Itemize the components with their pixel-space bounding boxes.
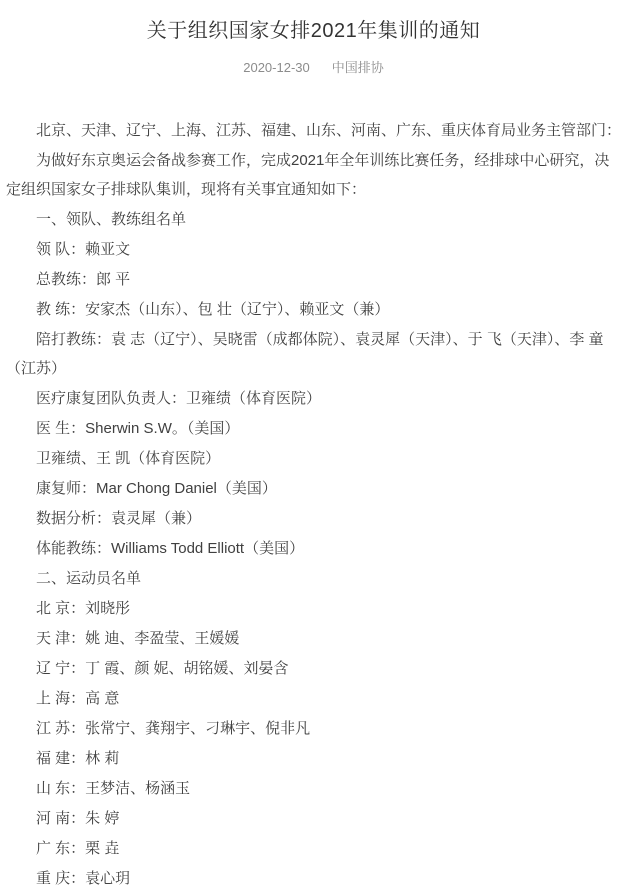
meta-line: 2020-12-30中国排协 xyxy=(6,60,621,76)
page-title: 关于组织国家女排2021年集训的通知 xyxy=(6,16,621,46)
article-paragraph: 体能教练：Williams Todd Elliott（美国） xyxy=(6,534,621,563)
article-paragraph: 山 东：王梦洁、杨涵玉 xyxy=(6,774,621,803)
article-paragraph: 福 建：林 莉 xyxy=(6,744,621,773)
publisher-source: 中国排协 xyxy=(332,60,384,75)
article-paragraph: 重 庆：袁心玥 xyxy=(6,864,621,893)
article-paragraph: 北 京：刘晓彤 xyxy=(6,594,621,623)
article-paragraph: 二、运动员名单 xyxy=(6,564,621,593)
article-paragraph: 领 队：赖亚文 xyxy=(6,235,621,264)
article-paragraph: 陪打教练：袁 志（辽宁）、吴晓雷（成都体院）、袁灵犀（天津）、于 飞（天津）、李… xyxy=(6,325,621,383)
article-paragraph: 一、领队、教练组名单 xyxy=(6,205,621,234)
article-paragraph: 上 海：高 意 xyxy=(6,684,621,713)
article-paragraph: 江 苏：张常宁、龚翔宇、刁琳宇、倪非凡 xyxy=(6,714,621,743)
article-paragraph: 卫雍绩、王 凯（体育医院） xyxy=(6,444,621,473)
article-paragraph: 广 东：栗 垚 xyxy=(6,834,621,863)
article-paragraph: 康复师：Mar Chong Daniel（美国） xyxy=(6,474,621,503)
article-paragraph: 医疗康复团队负责人：卫雍绩（体育医院） xyxy=(6,384,621,413)
article-paragraph: 总教练：郎 平 xyxy=(6,265,621,294)
article-paragraph: 数据分析：袁灵犀（兼） xyxy=(6,504,621,533)
publish-date: 2020-12-30 xyxy=(243,60,310,75)
notice-page: 关于组织国家女排2021年集训的通知 2020-12-30中国排协 北京、天津、… xyxy=(0,16,627,893)
article-paragraph: 天 津：姚 迪、李盈莹、王媛媛 xyxy=(6,624,621,653)
article-paragraph: 北京、天津、辽宁、上海、江苏、福建、山东、河南、广东、重庆体育局业务主管部门： xyxy=(6,116,621,145)
article-body: 北京、天津、辽宁、上海、江苏、福建、山东、河南、广东、重庆体育局业务主管部门：为… xyxy=(6,116,621,893)
article-paragraph: 辽 宁：丁 霞、颜 妮、胡铭媛、刘晏含 xyxy=(6,654,621,683)
article-paragraph: 为做好东京奥运会备战参赛工作，完成2021年全年训练比赛任务，经排球中心研究，决… xyxy=(6,146,621,204)
article-paragraph: 河 南：朱 婷 xyxy=(6,804,621,833)
article-paragraph: 教 练：安家杰（山东）、包 壮（辽宁）、赖亚文（兼） xyxy=(6,295,621,324)
article-paragraph: 医 生：Sherwin S.W。（美国） xyxy=(6,414,621,443)
